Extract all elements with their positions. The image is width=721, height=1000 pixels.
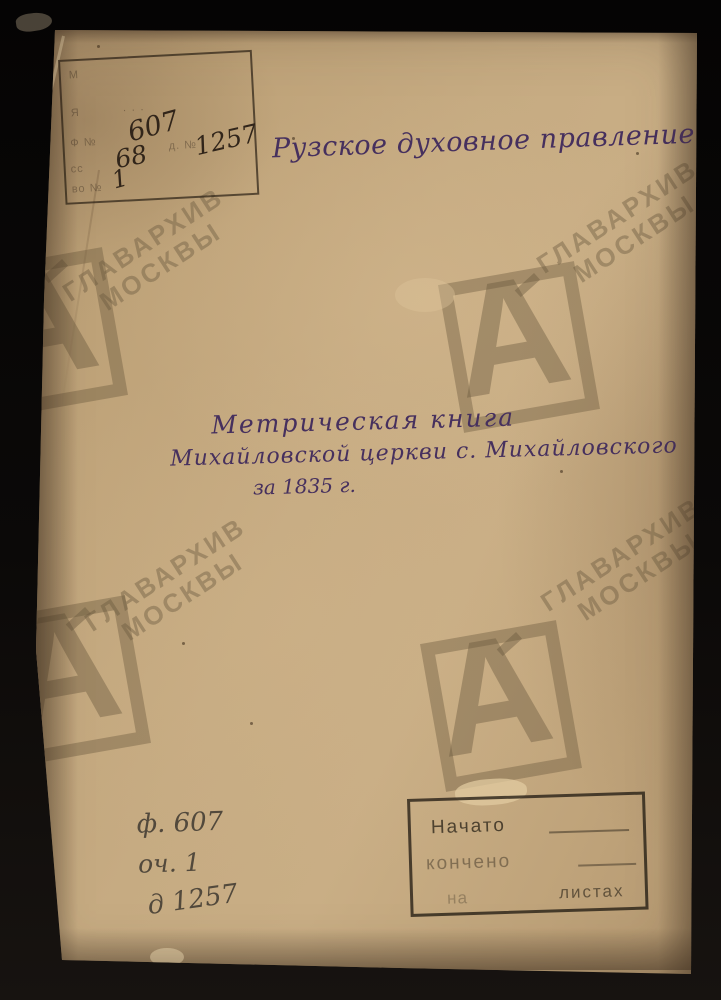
completion-stamp: Начато кончено на листах — [407, 792, 649, 917]
stamp-label: Ф № — [70, 136, 97, 149]
archive-code-handwriting: ф. 607 оч. 1 д 1257 — [136, 806, 239, 916]
paper-speck — [636, 152, 639, 155]
code-fond: ф. 607 — [136, 806, 236, 839]
tape-remnant — [15, 11, 53, 34]
archive-photo: ГЛАВАРХИВМОСКВЫ А ГЛАВАРХИВМОСКВЫ А ГЛАВ… — [0, 0, 721, 1000]
paper-stain — [150, 948, 184, 966]
sheets-label: листах — [559, 881, 625, 903]
stamp-label: Я — [70, 107, 80, 119]
title-line1: Метрическая книга — [211, 398, 677, 439]
paper-speck — [250, 722, 253, 725]
stamp-label: во № — [71, 182, 102, 196]
document-cover: ГЛАВАРХИВМОСКВЫ А ГЛАВАРХИВМОСКВЫ А ГЛАВ… — [0, 0, 721, 1000]
registration-stamp: М Я · · · Ф № сс во № д. № 607 68 1257 1 — [58, 50, 259, 205]
watermark-text: ГЛАВАРХИВМОСКВЫ — [536, 492, 721, 640]
stamp-label: М — [69, 69, 80, 82]
title-line3: за 1835 г. — [253, 464, 679, 499]
paper-speck — [182, 642, 185, 645]
on-label: на — [447, 888, 468, 909]
finished-label: кончено — [426, 851, 512, 876]
title-handwriting: Метрическая книга Михайловской церкви с.… — [169, 398, 679, 501]
started-label: Начато — [431, 815, 507, 839]
paper-edge-shadow — [55, 928, 695, 970]
fill-line — [549, 829, 629, 834]
delo-number: 1257 — [192, 119, 261, 162]
paper-edge-shadow — [50, 28, 700, 43]
archive-logo-icon: А — [0, 595, 151, 767]
code-opis: оч. 1 — [138, 846, 238, 878]
heading-handwriting: Рузское духовное правление — [272, 119, 696, 165]
code-delo: д 1257 — [146, 879, 240, 921]
stamp-label: сс — [70, 163, 84, 176]
fill-line — [578, 863, 636, 867]
paper-speck — [97, 45, 100, 48]
archive-logo-icon: А — [420, 620, 582, 792]
